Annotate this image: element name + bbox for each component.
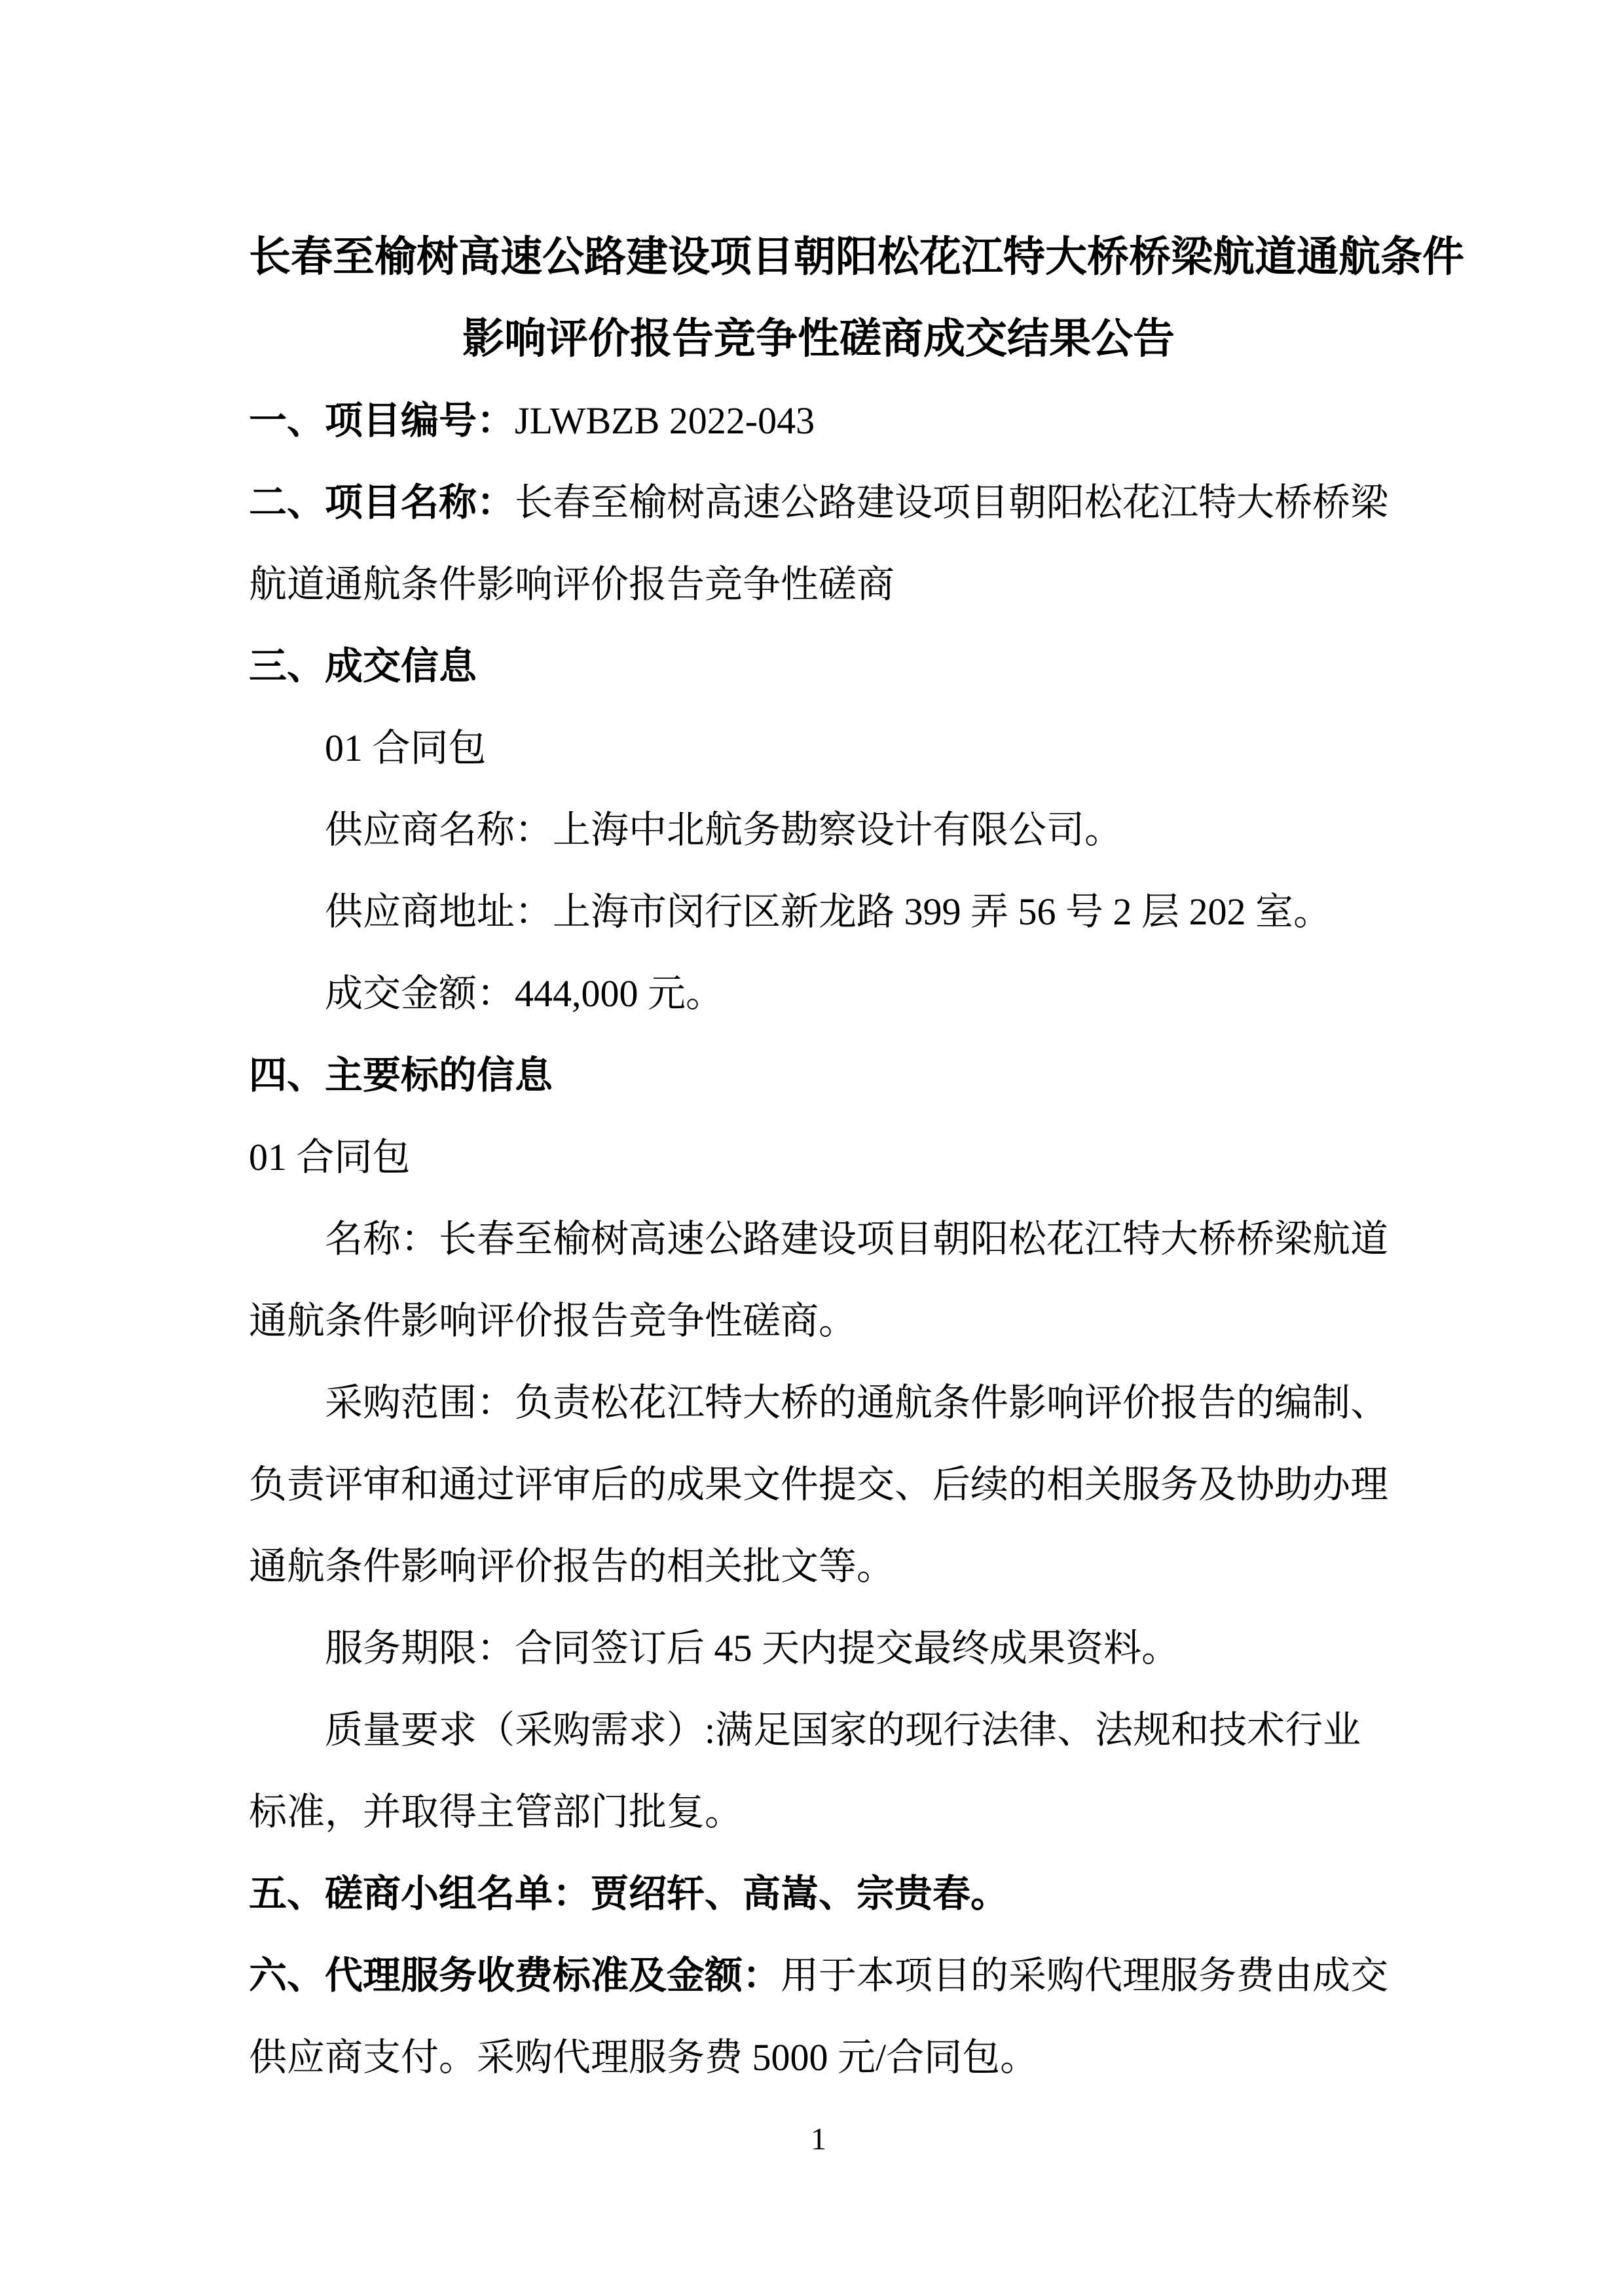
document-content: 长春至榆树高速公路建设项目朝阳松花江特大桥桥梁航道通航条件 影响评价报告竞争性磋… xyxy=(249,216,1388,2180)
line-project-name-2: 航道通航条件影响评价报告竞争性磋商 xyxy=(249,543,1388,625)
text-segment: 通航条件影响评价报告的相关批文等。 xyxy=(249,1545,895,1588)
text-segment: 供应商地址：上海市闵行区新龙路 399 弄 56 号 2 层 202 室。 xyxy=(325,890,1331,933)
text-segment: 负责评审和通过评审后的成果文件提交、后续的相关服务及协助办理 xyxy=(249,1463,1388,1506)
line-quality-requirement-2: 标准，并取得主管部门批复。 xyxy=(249,1771,1388,1853)
text-segment: 标准，并取得主管部门批复。 xyxy=(249,1791,743,1833)
line-service-period: 服务期限：合同签订后 45 天内提交最终成果资料。 xyxy=(249,1607,1388,1689)
segment-value: 用于本项目的采购代理服务费由成交 xyxy=(781,1954,1388,1997)
text-segment: 质量要求（采购需求）:满足国家的现行法律、法规和技术行业 xyxy=(325,1709,1361,1751)
text-segment: 供应商名称：上海中北航务勘察设计有限公司。 xyxy=(325,809,1122,851)
line-project-number: 一、项目编号：JLWBZB 2022-043 xyxy=(249,380,1388,462)
document-page: 长春至榆树高速公路建设项目朝阳松花江特大桥桥梁航道通航条件 影响评价报告竞争性磋… xyxy=(0,0,1624,2296)
segment-label: 二、项目名称： xyxy=(249,481,515,524)
line-procurement-scope-2: 负责评审和通过评审后的成果文件提交、后续的相关服务及协助办理 xyxy=(249,1444,1388,1525)
text-segment: 五、磋商小组名单：贾绍轩、高嵩、宗贵春。 xyxy=(249,1872,1008,1915)
text-segment: 名称：长春至榆树高速公路建设项目朝阳松花江特大桥桥梁航道 xyxy=(325,1218,1388,1260)
text-segment: 航道通航条件影响评价报告竞争性磋商 xyxy=(249,563,895,606)
line-contract-package-1: 01 合同包 xyxy=(249,707,1388,789)
segment-value: JLWBZB 2022-043 xyxy=(515,399,815,442)
text-segment: 三、成交信息 xyxy=(249,645,477,687)
line-subject-name-2: 通航条件影响评价报告竞争性磋商。 xyxy=(249,1280,1388,1362)
line-supplier-name: 供应商名称：上海中北航务勘察设计有限公司。 xyxy=(249,789,1388,871)
text-segment: 通航条件影响评价报告竞争性磋商。 xyxy=(249,1300,857,1342)
text-segment: 成交金额：444,000 元。 xyxy=(325,972,724,1015)
line-deal-amount: 成交金额：444,000 元。 xyxy=(249,953,1388,1034)
document-title-line-1: 长春至榆树高速公路建设项目朝阳松花江特大桥桥梁航道通航条件 xyxy=(249,216,1388,298)
line-agency-fee-2: 供应商支付。采购代理服务费 5000 元/合同包。 xyxy=(249,2016,1388,2098)
page-number-text: 1 xyxy=(811,2122,826,2157)
line-agency-fee-1: 六、代理服务收费标准及金额：用于本项目的采购代理服务费由成交 xyxy=(249,1935,1388,2016)
title-text: 影响评价报告竞争性磋商成交结果公告 xyxy=(462,316,1175,362)
line-project-name-1: 二、项目名称：长春至榆树高速公路建设项目朝阳松花江特大桥桥梁 xyxy=(249,462,1388,543)
text-segment: 采购范围：负责松花江特大桥的通航条件影响评价报告的编制、 xyxy=(325,1381,1388,1424)
text-segment: 01 合同包 xyxy=(249,1136,411,1178)
text-segment: 供应商支付。采购代理服务费 5000 元/合同包。 xyxy=(249,2036,1038,2079)
document-title-line-2: 影响评价报告竞争性磋商成交结果公告 xyxy=(249,298,1388,380)
line-procurement-scope-3: 通航条件影响评价报告的相关批文等。 xyxy=(249,1525,1388,1607)
text-segment: 服务期限：合同签订后 45 天内提交最终成果资料。 xyxy=(325,1627,1179,1669)
line-subject-name-1: 名称：长春至榆树高速公路建设项目朝阳松花江特大桥桥梁航道 xyxy=(249,1198,1388,1280)
line-quality-requirement-1: 质量要求（采购需求）:满足国家的现行法律、法规和技术行业 xyxy=(249,1689,1388,1771)
segment-label: 六、代理服务收费标准及金额： xyxy=(249,1954,781,1997)
page-number: 1 xyxy=(249,2098,1388,2180)
text-segment: 01 合同包 xyxy=(325,727,487,769)
heading-subject-info: 四、主要标的信息 xyxy=(249,1034,1388,1116)
title-text: 长春至榆树高速公路建设项目朝阳松花江特大桥桥梁航道通航条件 xyxy=(249,234,1464,280)
segment-label: 一、项目编号： xyxy=(249,399,515,442)
segment-value: 长春至榆树高速公路建设项目朝阳松花江特大桥桥梁 xyxy=(515,481,1388,524)
line-procurement-scope-1: 采购范围：负责松花江特大桥的通航条件影响评价报告的编制、 xyxy=(249,1362,1388,1444)
heading-negotiation-team-list: 五、磋商小组名单：贾绍轩、高嵩、宗贵春。 xyxy=(249,1853,1388,1935)
heading-deal-info: 三、成交信息 xyxy=(249,625,1388,707)
line-contract-package-2: 01 合同包 xyxy=(249,1116,1388,1198)
text-segment: 四、主要标的信息 xyxy=(249,1054,553,1097)
line-supplier-address: 供应商地址：上海市闵行区新龙路 399 弄 56 号 2 层 202 室。 xyxy=(249,871,1388,953)
